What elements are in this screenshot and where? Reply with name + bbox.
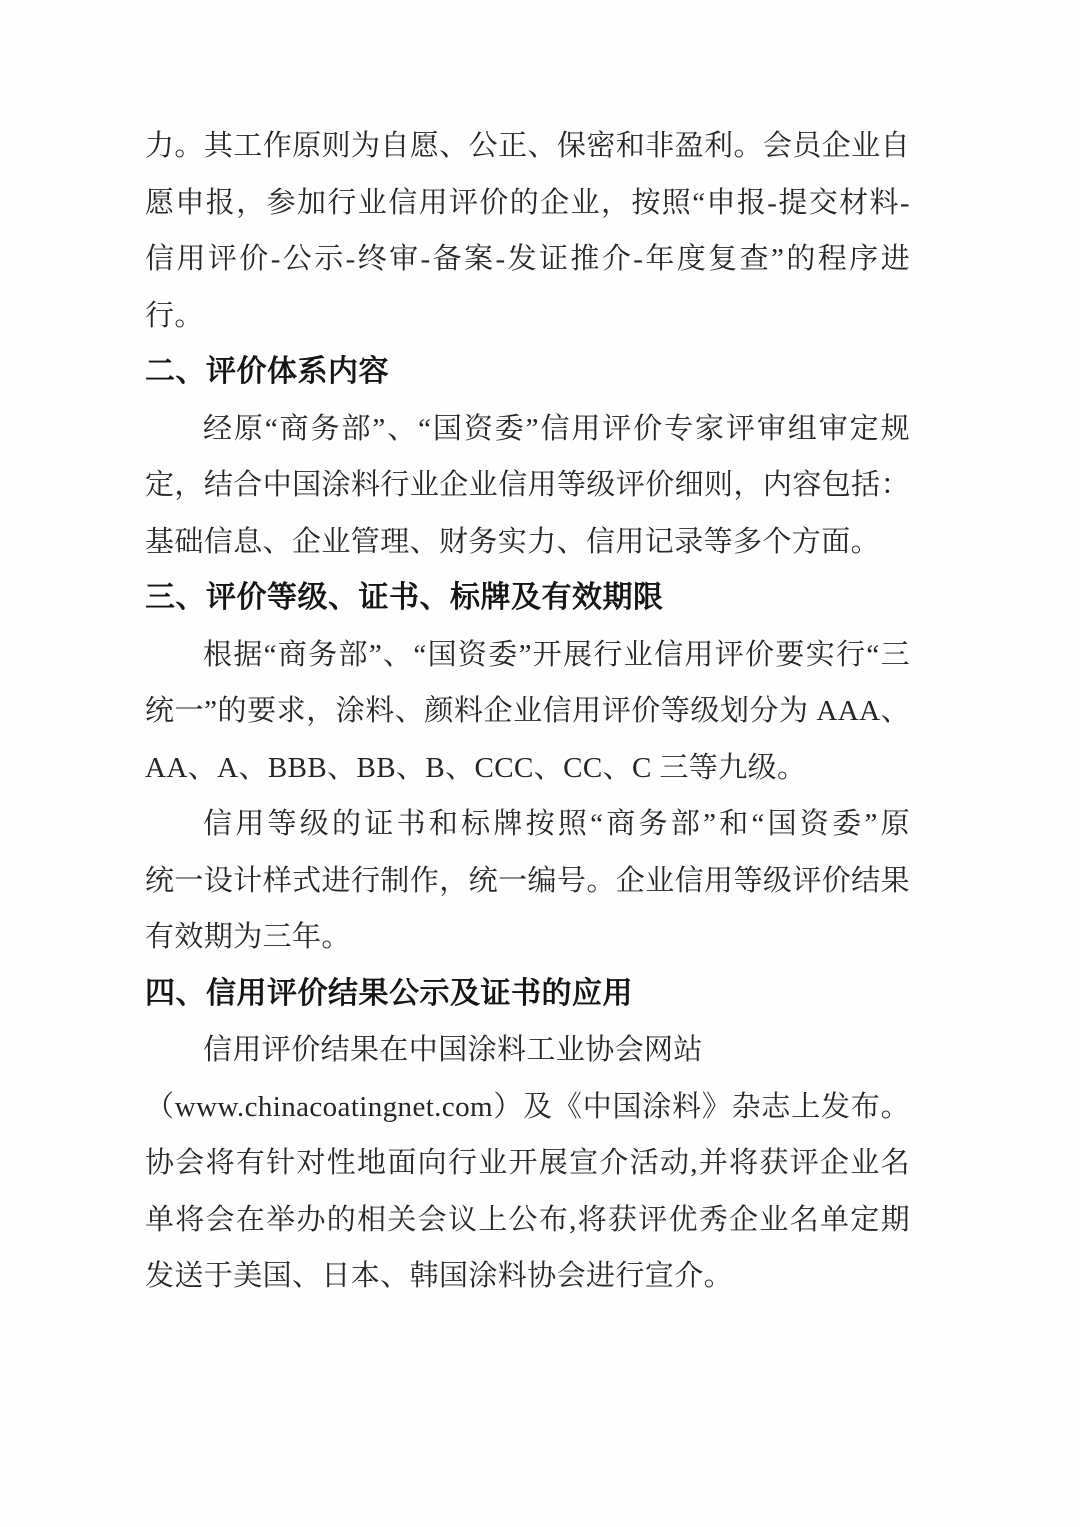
- text-line: 基础信息、企业管理、财务实力、信用记录等多个方面。: [145, 514, 910, 571]
- text-line: 信用评价结果在中国涂料工业协会网站: [145, 1022, 910, 1079]
- text-line: 力。其工作原则为自愿、公正、保密和非盈利。会员企业自: [145, 118, 910, 175]
- text-line: 发送于美国、日本、韩国涂料协会进行宣介。: [145, 1248, 910, 1305]
- text-line: 统一”的要求，涂料、颜料企业信用评价等级划分为 AAA、: [145, 683, 910, 740]
- document-text-block: 力。其工作原则为自愿、公正、保密和非盈利。会员企业自 愿申报，参加行业信用评价的…: [145, 118, 910, 1305]
- text-line: 经原“商务部”、“国资委”信用评价专家评审组审定规: [145, 401, 910, 458]
- text-line: 信用评价-公示-终审-备案-发证推介-年度复查”的程序进: [145, 231, 910, 288]
- section-heading-4: 四、信用评价结果公示及证书的应用: [145, 966, 910, 1023]
- text-line: AA、A、BBB、BB、B、CCC、CC、C 三等九级。: [145, 740, 910, 797]
- text-line: 定，结合中国涂料行业企业信用等级评价细则，内容包括：: [145, 457, 910, 514]
- text-line: 单将会在举办的相关会议上公布,将获评优秀企业名单定期: [145, 1192, 910, 1249]
- section-heading-3: 三、评价等级、证书、标牌及有效期限: [145, 570, 910, 627]
- text-line: 信用等级的证书和标牌按照“商务部”和“国资委”原: [145, 796, 910, 853]
- text-line: 愿申报，参加行业信用评价的企业，按照“申报-提交材料-: [145, 175, 910, 232]
- text-line: 有效期为三年。: [145, 909, 910, 966]
- text-line: 协会将有针对性地面向行业开展宣介活动,并将获评企业名: [145, 1135, 910, 1192]
- text-line-url: （www.chinacoatingnet.com）及《中国涂料》杂志上发布。: [145, 1079, 910, 1136]
- text-line: 根据“商务部”、“国资委”开展行业信用评价要实行“三: [145, 627, 910, 684]
- section-heading-2: 二、评价体系内容: [145, 344, 910, 401]
- text-line: 行。: [145, 288, 910, 345]
- text-line: 统一设计样式进行制作，统一编号。企业信用等级评价结果: [145, 853, 910, 910]
- document-page: 力。其工作原则为自愿、公正、保密和非盈利。会员企业自 愿申报，参加行业信用评价的…: [0, 0, 1080, 1527]
